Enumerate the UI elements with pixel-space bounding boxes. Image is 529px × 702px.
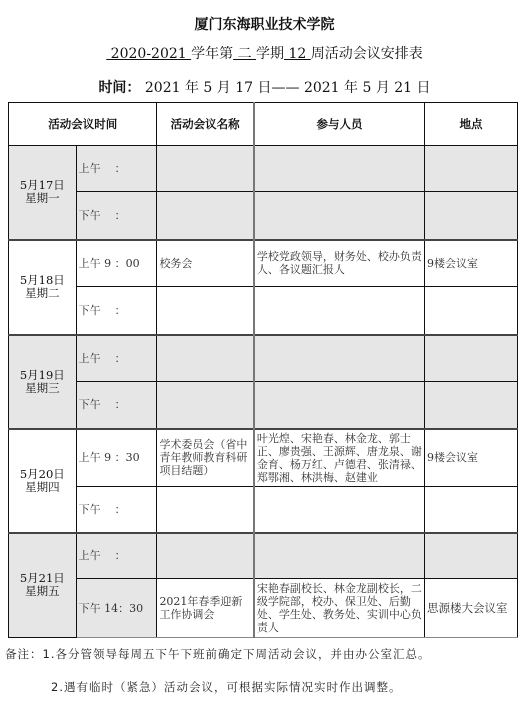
slot-time: 上午 ： (76, 146, 157, 192)
school-year: 2020-2021 (106, 46, 191, 62)
day-cell: 5月19日 星期三 (9, 335, 77, 429)
table-row: 下午 ： (9, 487, 518, 533)
table-row: 5月17日 星期一 上午 ： (9, 146, 518, 192)
meeting-name: 校务会 (157, 240, 254, 287)
day-date: 5月19日 (11, 369, 74, 382)
day-cell: 5月17日 星期一 (9, 146, 77, 240)
table-row: 下午 14：30 2021年春季迎新工作协调会 宋艳春副校长、林金龙副校长，二级… (9, 579, 518, 638)
slot-time: 下午 ： (76, 287, 157, 335)
table-row: 下午 ： (9, 192, 518, 240)
date-range-value: 2021 年 5 月 17 日—— 2021 年 5 月 21 日 (140, 80, 430, 96)
meeting-name: 学术委员会（省中青年教师教育科研项目结题） (157, 429, 254, 487)
table-row: 5月19日 星期三 上午 ： (9, 335, 518, 382)
table-row: 下午 ： (9, 382, 518, 429)
meeting-place (425, 487, 518, 533)
meeting-name (157, 335, 254, 382)
day-weekday: 星期四 (11, 481, 74, 494)
slot-time: 下午 ： (76, 192, 157, 240)
day-weekday: 星期一 (11, 192, 74, 205)
meeting-people (254, 382, 425, 429)
slot-time: 上午 9 ：00 (76, 240, 157, 287)
note-1: 备注：1.各分管领导每周五下午下班前确定下周活动会议，并由办公室汇总。 (5, 646, 430, 662)
meeting-name (157, 533, 254, 579)
table-row: 下午 ： (9, 287, 518, 335)
meeting-people (254, 192, 425, 240)
meeting-name (157, 146, 254, 192)
meeting-name (157, 287, 254, 335)
schedule-table: 活动会议时间 活动会议名称 参与人员 地点 5月17日 星期一 上午 ： 下午 … (8, 102, 518, 638)
day-weekday: 星期五 (11, 585, 74, 598)
meeting-name (157, 192, 254, 240)
date-range-label: 时间： (98, 80, 140, 96)
day-weekday: 星期三 (11, 382, 74, 395)
term-suffix: 学期 (256, 46, 284, 62)
header-row: 活动会议时间 活动会议名称 参与人员 地点 (9, 103, 518, 146)
meeting-people: 宋艳春副校长、林金龙副校长，二级学院部，校办、保卫处、后勤处、学生处、教务处、实… (254, 579, 425, 638)
day-cell: 5月18日 星期二 (9, 240, 77, 335)
meeting-place (425, 382, 518, 429)
meeting-name: 2021年春季迎新工作协调会 (157, 579, 254, 638)
date-range: 时间： 2021 年 5 月 17 日—— 2021 年 5 月 21 日 (0, 77, 529, 97)
day-cell: 5月21日 星期五 (9, 533, 77, 638)
meeting-place (425, 146, 518, 192)
table-row: 5月18日 星期二 上午 9 ：00 校务会 学校党政领导，财务处、校办负责人、… (9, 240, 518, 287)
meeting-people (254, 533, 425, 579)
meeting-name (157, 487, 254, 533)
header-time: 活动会议时间 (9, 103, 157, 146)
term-number: 二 (233, 46, 256, 62)
meeting-people (254, 146, 425, 192)
day-cell: 5月20日 星期四 (9, 429, 77, 533)
slot-time: 上午 ： (76, 335, 157, 382)
meeting-name (157, 382, 254, 429)
meeting-place (425, 287, 518, 335)
day-date: 5月20日 (11, 468, 74, 481)
meeting-place (425, 335, 518, 382)
meeting-place: 9楼会议室 (425, 429, 518, 487)
note-2: 2.遇有临时（紧急）活动会议，可根据实际情况实时作出调整。 (51, 679, 401, 695)
slot-time: 下午 ： (76, 382, 157, 429)
slot-time: 下午 ： (76, 487, 157, 533)
table-row: 5月20日 星期四 上午 9 ：30 学术委员会（省中青年教师教育科研项目结题）… (9, 429, 518, 487)
meeting-place (425, 533, 518, 579)
week-suffix: 周活动会议安排表 (311, 46, 423, 62)
meeting-people: 学校党政领导，财务处、校办负责人、各议题汇报人 (254, 240, 425, 287)
meeting-place: 9楼会议室 (425, 240, 518, 287)
meeting-people: 叶光煌、宋艳春、林金龙、郭士正、廖贵强、王源辉、唐龙泉、谢金育、杨万红、卢德君、… (254, 429, 425, 487)
slot-time: 上午 ： (76, 533, 157, 579)
meeting-people (254, 487, 425, 533)
week-number: 12 (284, 46, 311, 62)
meeting-people (254, 287, 425, 335)
meeting-place: 思源楼大会议室 (425, 579, 518, 638)
header-place: 地点 (425, 103, 518, 146)
header-name: 活动会议名称 (157, 103, 254, 146)
table-row: 5月21日 星期五 上午 ： (9, 533, 518, 579)
document-subtitle: 2020-2021 学年第 二 学期 12 周活动会议安排表 (0, 43, 529, 63)
slot-time: 上午 9 ：30 (76, 429, 157, 487)
day-weekday: 星期二 (11, 287, 74, 300)
header-people: 参与人员 (254, 103, 425, 146)
meeting-place (425, 192, 518, 240)
document-title: 厦门东海职业技术学院 (0, 14, 529, 34)
meeting-people (254, 335, 425, 382)
school-year-suffix: 学年第 (191, 46, 233, 62)
slot-time: 下午 14：30 (76, 579, 157, 638)
